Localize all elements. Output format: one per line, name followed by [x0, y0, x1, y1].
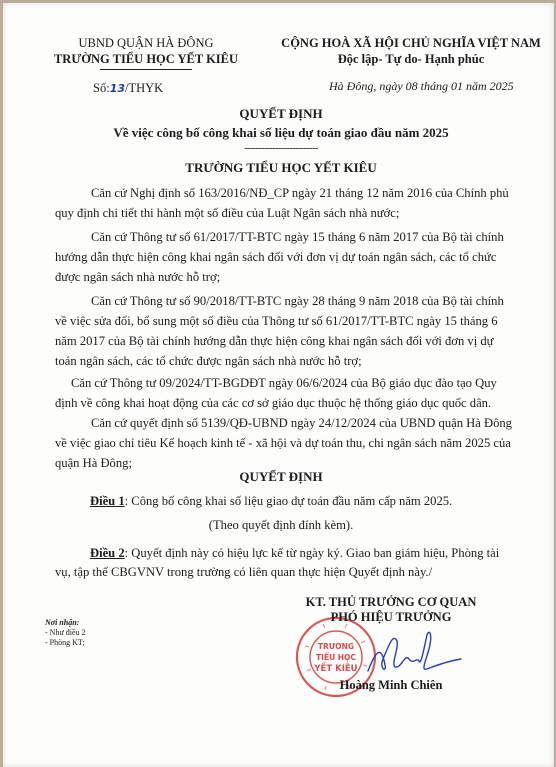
- issuing-agency-block: UBND QUẬN HÀ ĐÔNG TRƯỜNG TIỂU HỌC YẾT KI…: [51, 35, 241, 70]
- ground-line: năm 2017 của Bộ tài chính hướng dẫn thực…: [55, 331, 501, 351]
- number-suffix: /THYK: [125, 81, 163, 95]
- ground-line: Căn cứ Thông tư số 61/2017/TT-BTC ngày 1…: [55, 227, 501, 247]
- ground-line: hướng dẫn thực hiện công khai ngân sách …: [55, 247, 501, 267]
- school-name: TRƯỜNG TIỂU HỌC YẾT KIÊU: [51, 51, 241, 67]
- legal-grounds: Căn cứ Nghị định số 163/2016/NĐ_CP ngày …: [55, 183, 501, 473]
- agency-name: UBND QUẬN HÀ ĐÔNG: [51, 35, 241, 51]
- signing-authority: KT. THỦ TRƯỞNG CƠ QUAN: [281, 595, 501, 610]
- ground-line: Căn cứ Nghị định số 163/2016/NĐ_CP ngày …: [55, 183, 501, 203]
- signer-name: Hoàng Minh Chiên: [281, 678, 501, 693]
- article-1: Điều 1: Công bố công khai số liệu giao d…: [90, 494, 452, 509]
- signer-position: PHÓ HIỆU TRƯỞNG: [281, 610, 501, 625]
- title-separator: --------------------------: [3, 143, 554, 154]
- article-2-label: Điều 2: [90, 546, 125, 560]
- document-type-title: QUYẾT ĐỊNH: [3, 106, 554, 122]
- recipient-item: - Như điều 2: [45, 628, 86, 638]
- recipients-title: Nơi nhận:: [45, 618, 86, 628]
- ground-line: toán ngân sách, các tổ chức được ngân sá…: [55, 351, 501, 371]
- svg-text:YẾT KIÊU: YẾT KIÊU: [313, 661, 357, 674]
- article-2-continued: vụ, tập thể CBGVNV trong trường có liên …: [55, 565, 432, 580]
- decision-heading: QUYẾT ĐỊNH: [3, 469, 554, 485]
- ground-line: được ngân sách nhà nước hỗ trợ;: [55, 267, 501, 287]
- header-underline: [100, 69, 192, 70]
- ground-line: quy định chi tiết thi hành một số điều c…: [55, 203, 501, 223]
- ground-line: Căn cứ quyết định số 5139/QĐ-UBND ngày 2…: [55, 413, 501, 433]
- ground-line: Căn cứ Thông tư 09/2024/TT-BGDĐT ngày 06…: [55, 373, 501, 393]
- national-title-block: CỘNG HOÀ XÃ HỘI CHỦ NGHĨA VIỆT NAM Độc l…: [281, 35, 541, 67]
- article-1-label: Điều 1: [90, 494, 125, 508]
- document-subject: Về việc công bố công khai số liệu dự toá…: [3, 125, 554, 141]
- document-number: Số:13/THYK: [93, 81, 163, 96]
- ground-paragraph: Căn cứ Nghị định số 163/2016/NĐ_CP ngày …: [55, 183, 501, 223]
- handwritten-signature-icon: [363, 623, 463, 683]
- signature-authority-block: KT. THỦ TRƯỞNG CƠ QUAN PHÓ HIỆU TRƯỞNG: [281, 595, 501, 625]
- handwritten-number: 13: [110, 82, 125, 95]
- ground-line: về việc giao chỉ tiêu Kế hoạch kinh tế -…: [55, 433, 501, 453]
- ground-paragraph: Căn cứ Thông tư 09/2024/TT-BGDĐT ngày 06…: [55, 373, 501, 413]
- national-motto: Độc lập- Tự do- Hạnh phúc: [281, 51, 541, 67]
- article-2: Điều 2: Quyết định này có hiệu lực kể từ…: [90, 546, 499, 561]
- article-1-text: : Công bố công khai số liệu giao dự toán…: [125, 494, 453, 508]
- document-page: UBND QUẬN HÀ ĐÔNG TRƯỜNG TIỂU HỌC YẾT KI…: [3, 3, 554, 767]
- ground-paragraph: Căn cứ Thông tư số 61/2017/TT-BTC ngày 1…: [55, 227, 501, 287]
- recipient-item: - Phòng KT;: [45, 638, 86, 648]
- article-2-text: : Quyết định này có hiệu lực kể từ ngày …: [125, 546, 500, 560]
- attachment-note: (Theo quyết định đính kèm).: [3, 518, 554, 533]
- place-date: Hà Đông, ngày 08 tháng 01 năm 2025: [329, 79, 514, 94]
- ground-line: Căn cứ Thông tư số 90/2018/TT-BTC ngày 2…: [55, 291, 501, 311]
- ground-paragraph: Căn cứ Thông tư số 90/2018/TT-BTC ngày 2…: [55, 291, 501, 371]
- svg-text:TIỂU HỌC: TIỂU HỌC: [316, 652, 356, 662]
- country-name: CỘNG HOÀ XÃ HỘI CHỦ NGHĨA VIỆT NAM: [281, 35, 541, 51]
- number-prefix: Số:: [93, 81, 110, 95]
- ground-paragraph: Căn cứ quyết định số 5139/QĐ-UBND ngày 2…: [55, 413, 501, 473]
- ground-line: về việc sửa đổi, bổ sung một số điều của…: [55, 311, 501, 331]
- issuer-title: TRƯỜNG TIỂU HỌC YẾT KIÊU: [3, 160, 554, 176]
- ground-line: định về công khai hoạt động của các cơ s…: [55, 393, 501, 413]
- recipients-block: Nơi nhận: - Như điều 2 - Phòng KT;: [45, 618, 86, 648]
- svg-text:TRƯỜNG: TRƯỜNG: [318, 642, 354, 651]
